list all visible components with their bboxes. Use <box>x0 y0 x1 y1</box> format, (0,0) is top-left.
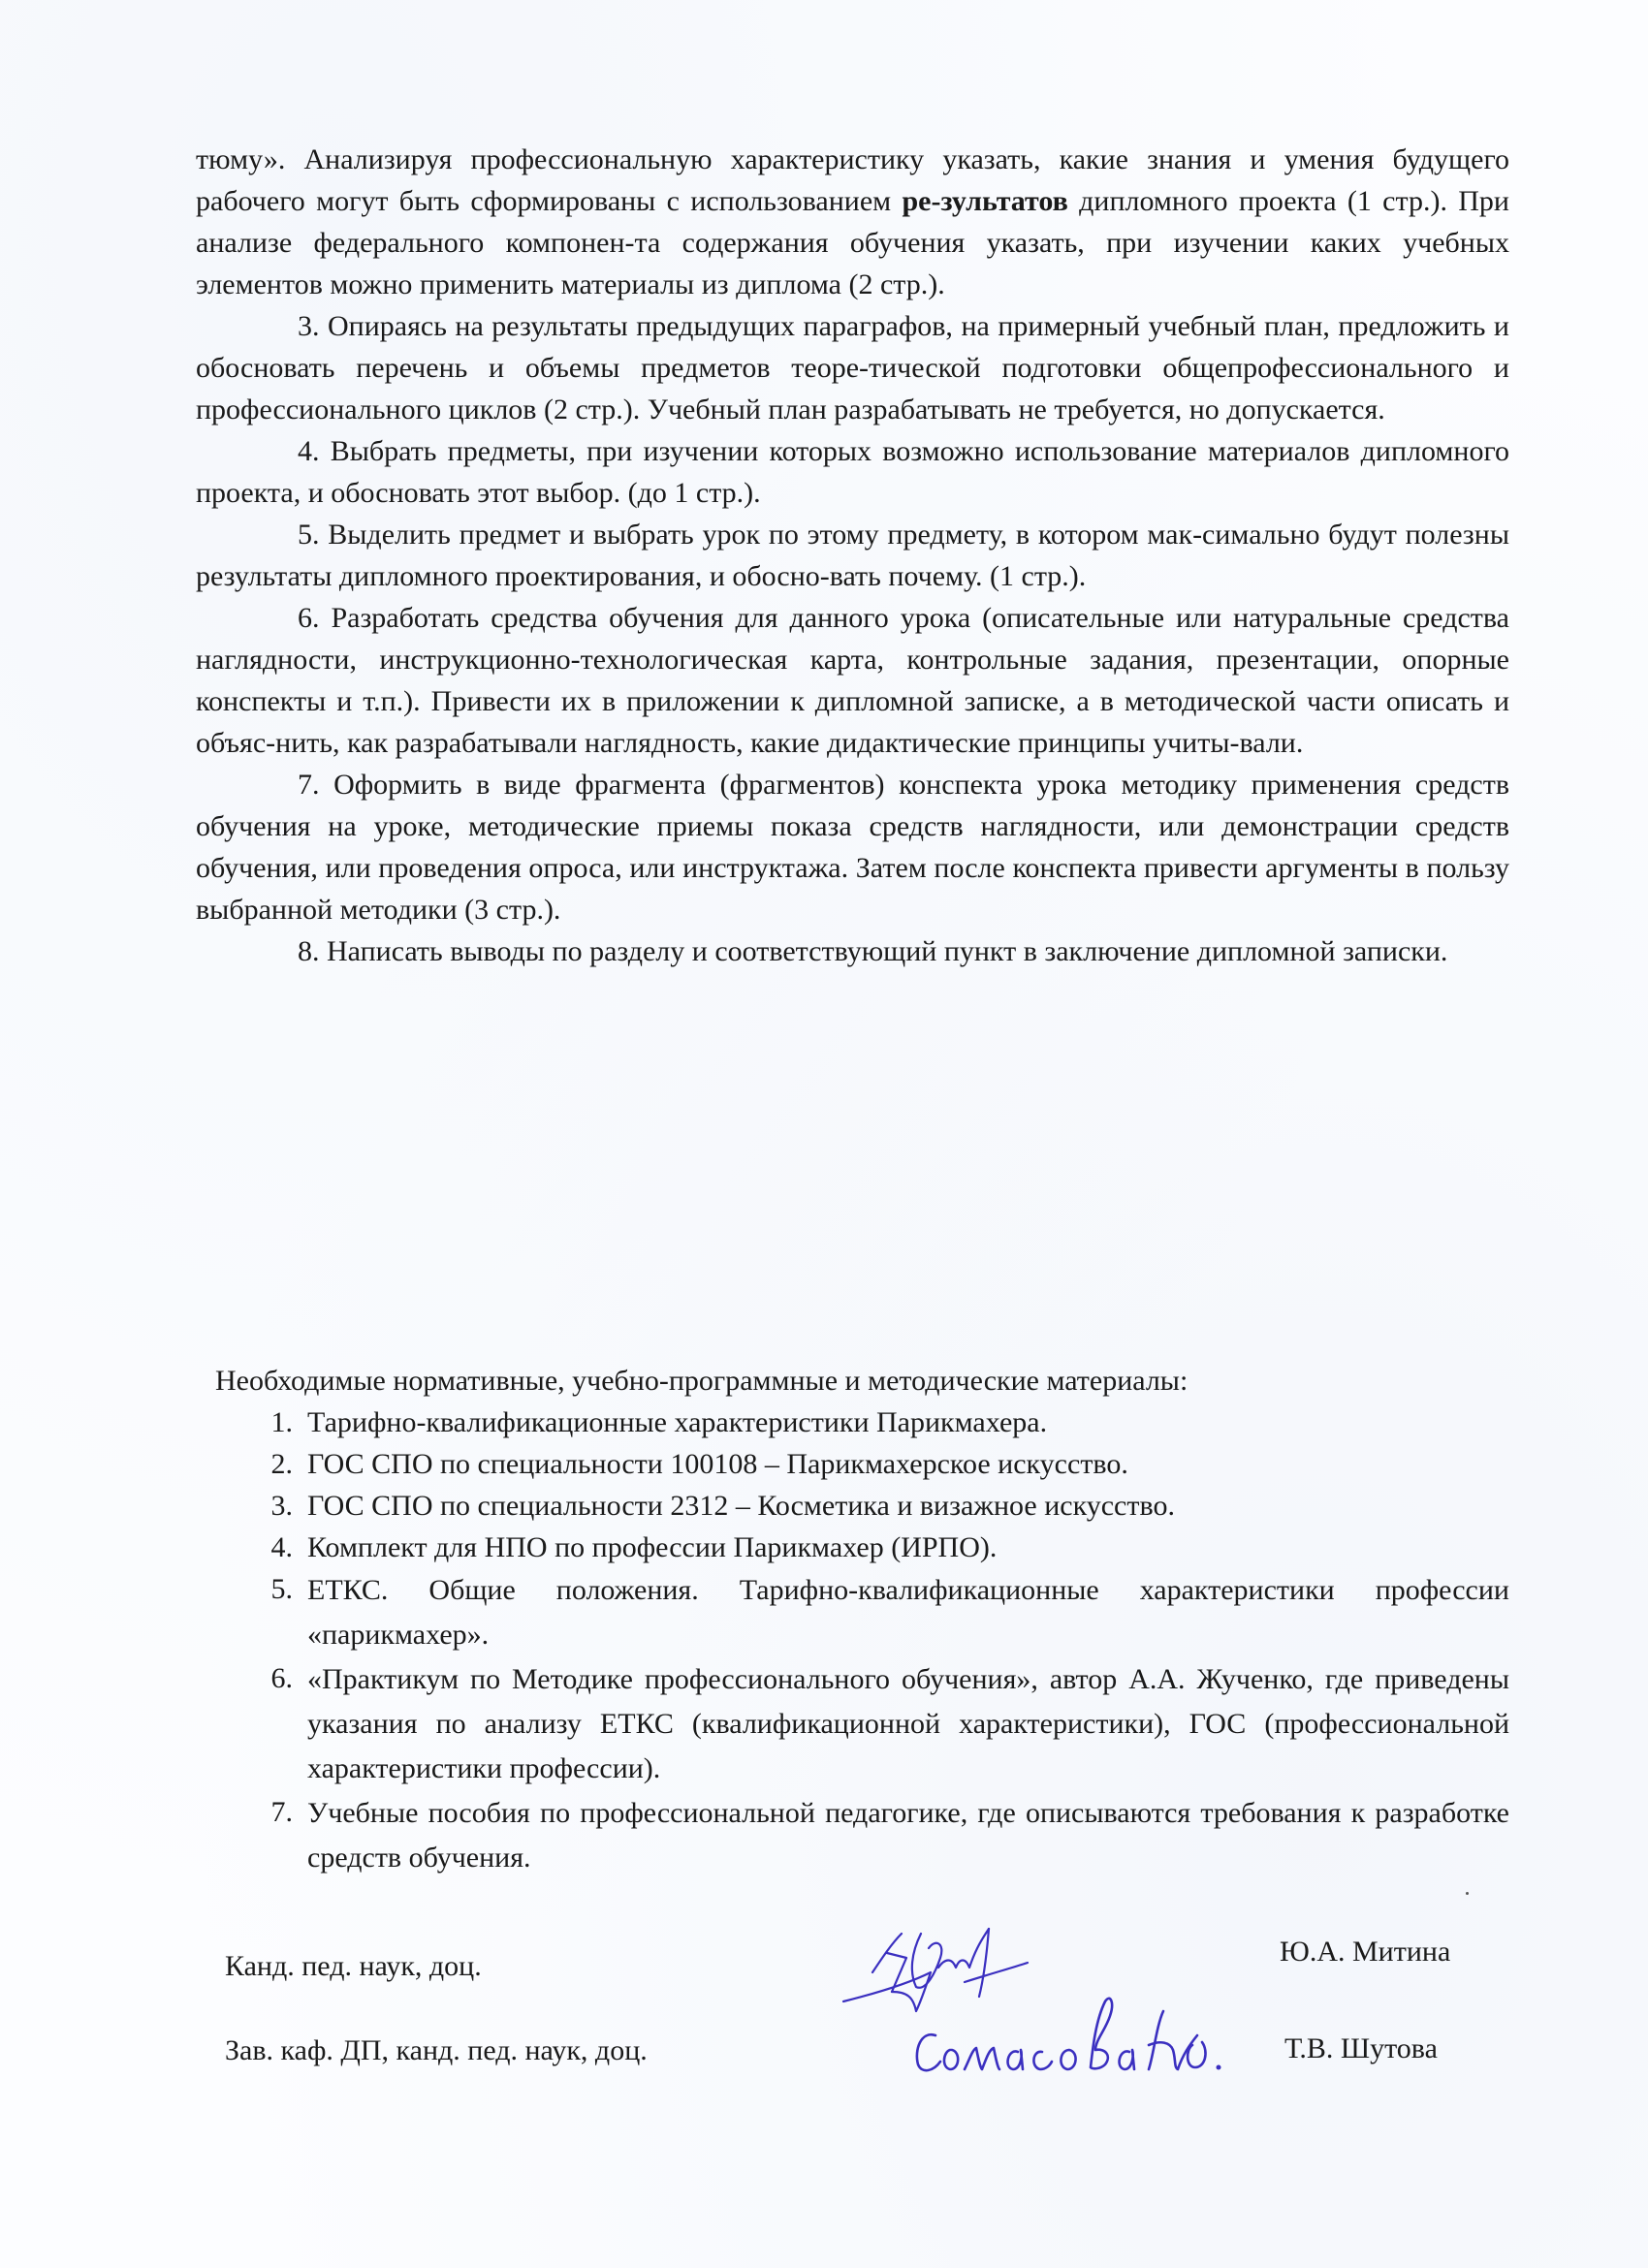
approved-handwriting-icon <box>906 1982 1226 2079</box>
signer-title: Зав. каф. ДП, канд. пед. наук, доц. <box>225 2033 648 2068</box>
scan-dot <box>1466 1892 1469 1895</box>
signature-row-head: Зав. каф. ДП, канд. пед. наук, доц. Т.В.… <box>0 0 1648 2268</box>
signer-name: Т.В. Шутова <box>1284 2032 1438 2066</box>
scanned-page: тюму». Анализируя профессиональную харак… <box>0 0 1648 2268</box>
